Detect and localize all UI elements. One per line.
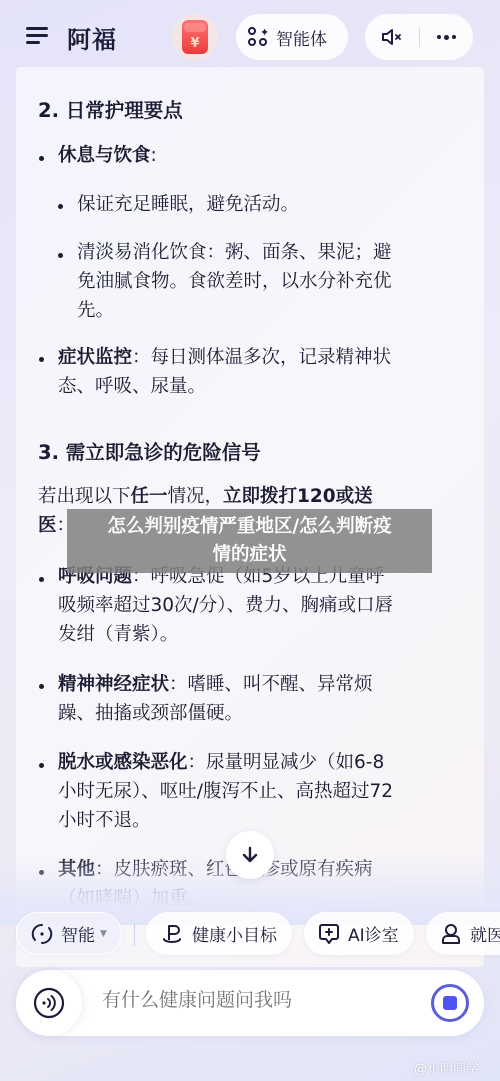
danger-label: 脱水或感染恶化 (58, 752, 188, 773)
monitor-text: ：每日测体温多次，记录精神状 (132, 347, 391, 368)
top-bar: 阿福 ¥ ✦ 智能体 (0, 0, 500, 68)
stop-generating-button[interactable] (431, 984, 469, 1022)
question-input[interactable] (102, 989, 402, 1011)
intro-text: 情况， (168, 486, 224, 507)
mute-button[interactable] (365, 14, 419, 60)
voice-input-button[interactable] (16, 970, 82, 1036)
danger-text: 小时无尿）、呕吐/腹泻不止、高热超过72 (58, 777, 393, 806)
quick-actions: 智能 ▼ 健康小目标 AI诊室 就医 (0, 912, 500, 956)
danger-text: 躁、抽搐或颈部僵硬。 (58, 699, 243, 728)
danger-text: 发绀（青紫）。 (58, 620, 178, 649)
chip-medical-visit[interactable]: 就医 (426, 912, 500, 955)
menu-icon[interactable] (26, 27, 48, 45)
bullet (39, 156, 44, 161)
chip-label: AI诊室 (348, 921, 399, 946)
chip-label: 就医 (470, 921, 500, 946)
mode-label: 智能 (61, 921, 95, 946)
colon: : (151, 145, 157, 166)
smart-mode-icon (31, 923, 53, 945)
bullet (58, 253, 63, 258)
red-packet-button[interactable]: ¥ (172, 14, 218, 60)
danger-label: 精神神经症状 (58, 674, 169, 695)
danger-text: 吸频率超过30次/分）、费力、胸痛或口唇 (58, 591, 393, 620)
section-heading-danger: 3. 需立即急诊的危险信号 (38, 437, 261, 465)
list-item-diet-cont: 先。 (77, 296, 114, 325)
red-packet-icon: ¥ (182, 20, 208, 54)
agent-button[interactable]: ✦ 智能体 (236, 14, 348, 60)
list-item-rest-diet: 休息与饮食: (58, 141, 157, 170)
list-item-sleep: 保证充足睡眠，避免活动。 (77, 190, 299, 219)
agent-grid-icon: ✦ (248, 27, 268, 47)
danger-text: ：尿量明显减少（如6-8 (188, 752, 385, 773)
chat-input-bar (16, 970, 484, 1036)
chip-health-goal[interactable]: 健康小目标 (146, 912, 292, 955)
speaker-muted-icon (380, 26, 404, 48)
controls-pill (365, 14, 473, 60)
danger-text: 小时不退。 (58, 806, 151, 835)
agent-label: 智能体 (276, 25, 327, 50)
danger-item-neuro: 精神神经症状：嗜睡、叫不醒、异常烦 (58, 670, 373, 699)
bullet (39, 577, 44, 582)
rest-diet-label: 休息与饮食 (58, 145, 151, 166)
chip-label: 健康小目标 (192, 921, 277, 946)
caret-down-icon: ▼ (100, 929, 107, 939)
bullet (39, 763, 44, 768)
caption-line: 情的症状 (77, 541, 422, 569)
app-title: 阿福 (67, 20, 117, 55)
intro-bold: 任一 (131, 486, 168, 507)
intro-bold: 立即拨打120或送 (223, 486, 373, 507)
danger-text: ：嗜睡、叫不醒、异常烦 (169, 674, 373, 695)
monitor-label: 症状监控 (58, 347, 132, 368)
bullet (58, 204, 63, 209)
chat-plus-icon (318, 922, 340, 946)
mode-selector[interactable]: 智能 ▼ (16, 912, 122, 955)
doctor-icon (440, 922, 462, 946)
danger-item-dehydration: 脱水或感染恶化：尿量明显减少（如6-8 (58, 748, 384, 777)
video-caption-overlay: 怎么判别疫情严重地区/怎么判断疫 情的症状 (67, 509, 432, 573)
section-heading-care: 2. 日常护理要点 (38, 95, 183, 123)
chip-ai-clinic[interactable]: AI诊室 (304, 912, 414, 955)
scroll-to-bottom-button[interactable] (226, 831, 274, 879)
list-item-diet-cont: 免油腻食物。食欲差时，以水分补充优 (77, 267, 392, 296)
intro-text: 若出现以下 (38, 486, 131, 507)
list-item-monitor-cont: 态、呼吸、尿量。 (58, 372, 206, 401)
stop-icon (443, 996, 457, 1010)
voice-wave-icon (33, 987, 65, 1019)
more-options-icon[interactable] (420, 14, 473, 60)
watermark: @小明同学 (414, 1058, 479, 1077)
arrow-down-icon (241, 845, 259, 865)
divider (134, 924, 135, 946)
caption-line: 怎么判别疫情严重地区/怎么判断疫 (77, 513, 422, 541)
intro-bold: 医 (38, 515, 57, 536)
flag-goal-icon (160, 922, 184, 946)
list-item-monitor: 症状监控：每日测体温多次，记录精神状 (58, 343, 391, 372)
bullet (39, 684, 44, 689)
danger-intro: 若出现以下任一情况，立即拨打120或送 (38, 482, 373, 511)
bullet (39, 357, 44, 362)
list-item-diet: 清淡易消化饮食：粥、面条、果泥；避 (77, 238, 392, 267)
